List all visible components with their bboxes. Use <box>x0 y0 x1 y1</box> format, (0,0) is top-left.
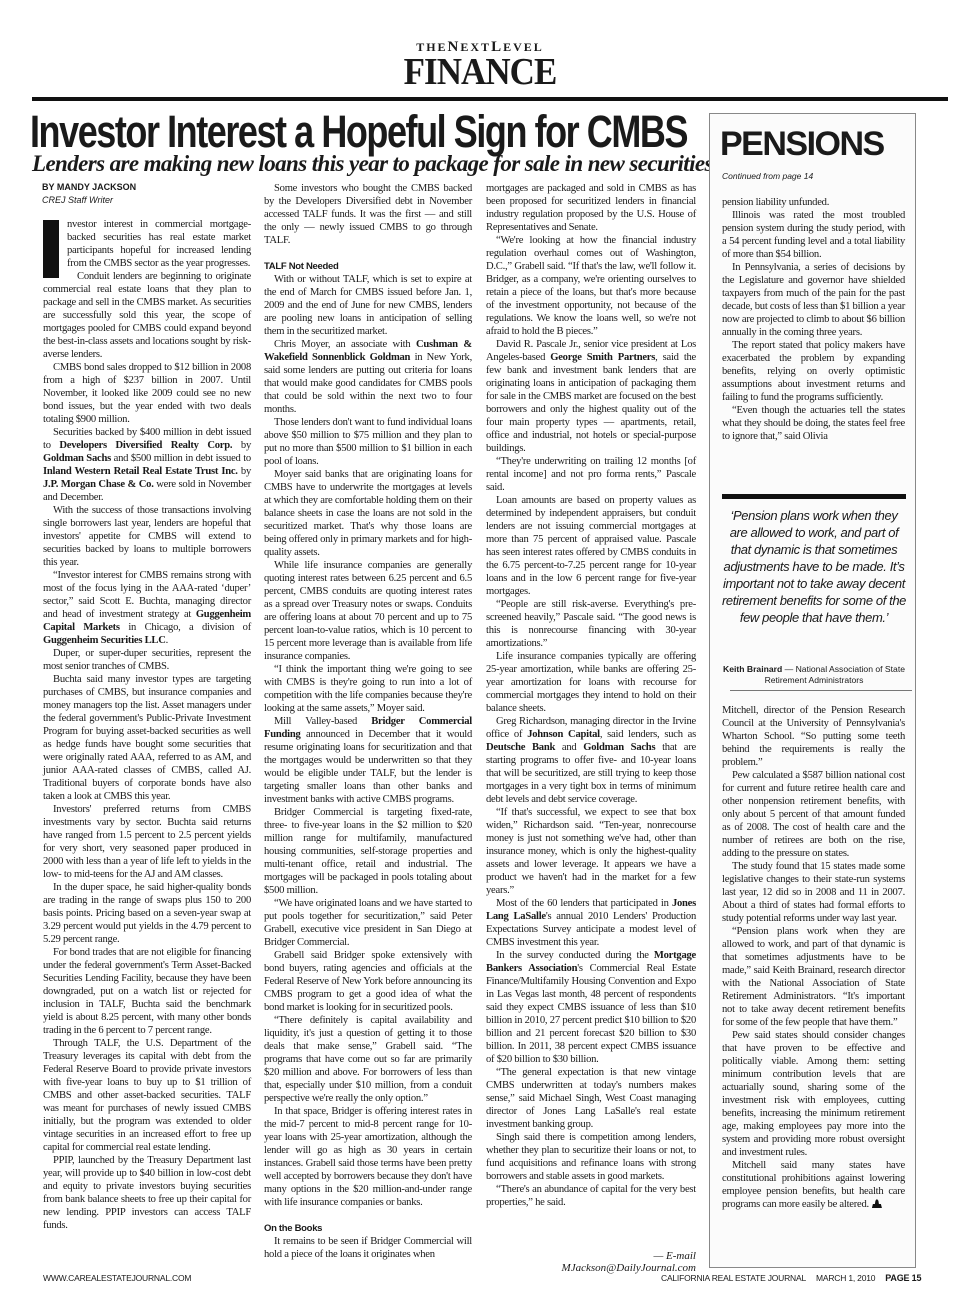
paragraph: Buchta said many investor types are targ… <box>43 673 251 803</box>
paragraph: Most of the 60 lenders that participated… <box>486 897 696 949</box>
paragraph: Chris Moyer, an associate with Cushman &… <box>264 338 472 416</box>
publication-name: CALIFORNIA REAL ESTATE JOURNAL <box>661 1273 806 1283</box>
paragraph: Through TALF, the U.S. Department of the… <box>43 1037 251 1154</box>
company-name: Johnson Capital <box>527 729 600 740</box>
company-name: Guggenheim Securities LLC <box>43 635 166 646</box>
company-name: Deutsche Bank <box>486 742 555 753</box>
paragraph: “If that's successful, we expect to see … <box>486 806 696 897</box>
paragraph: PPIP, launched by the Treasury Departmen… <box>43 1154 251 1232</box>
top-rule <box>32 97 948 101</box>
page-number: PAGE 15 <box>885 1273 921 1283</box>
paragraph: Mitchell, director of the Pension Resear… <box>722 704 905 769</box>
paragraph: Mill Valley-based Bridger Commercial Fun… <box>264 715 472 806</box>
paragraph: “There's an abundance of capital for the… <box>486 1183 696 1209</box>
paragraph: It remains to be seen if Bridger Commerc… <box>264 1235 472 1261</box>
pullquote: ‘Pension plans work when they are allowe… <box>722 507 906 626</box>
article-column-3: mortgages are packaged and sold in CMBS … <box>486 182 696 1209</box>
company-name: Developers Diversified Realty Corp. <box>59 440 232 451</box>
company-name: Goldman Sachs <box>43 453 111 464</box>
paragraph: David R. Pascale Jr., senior vice presid… <box>486 338 696 455</box>
company-name: J.P. Morgan Chase & Co. <box>43 479 154 490</box>
paragraph: “I think the important thing we're going… <box>264 663 472 715</box>
end-mark-icon <box>872 1199 882 1208</box>
footer-website: WWW.CAREALESTATEJOURNAL.COM <box>43 1273 191 1283</box>
paragraph: Mitchell said many states have constitut… <box>722 1159 905 1211</box>
paragraph: While life insurance companies are gener… <box>264 559 472 663</box>
paragraph: “Even though the actuaries tell the stat… <box>722 404 905 443</box>
paragraph: mortgages are packaged and sold in CMBS … <box>486 182 696 234</box>
article-column-1: nvestor interest in commercial mortgage-… <box>43 218 251 1232</box>
subhead-on-the-books: On the Books <box>264 1222 472 1235</box>
paragraph: The study found that 15 states made some… <box>722 860 905 925</box>
paragraph: “They're underwriting on trailing 12 mon… <box>486 455 696 494</box>
paragraph: Investors' preferred returns from CMBS i… <box>43 803 251 881</box>
paragraph: Moyer said banks that are originating lo… <box>264 468 472 559</box>
issue-date: MARCH 1, 2010 <box>816 1273 875 1283</box>
paragraph: pension liability unfunded. <box>722 196 905 209</box>
company-name: George Smith Partners <box>550 352 655 363</box>
paragraph: “We have originated loans and we have st… <box>264 897 472 949</box>
byline-role: CREJ Staff Writer <box>42 194 113 206</box>
paragraph: Securities backed by $400 million in deb… <box>43 426 251 504</box>
paragraph: Loan amounts are based on property value… <box>486 494 696 598</box>
article-column-2: Some investors who bought the CMBS backe… <box>264 182 472 1261</box>
article-deck: Lenders are making new loans this year t… <box>32 150 712 178</box>
paragraph: “Pension plans work when they are allowe… <box>722 925 905 1029</box>
byline: BY MANDY JACKSON <box>42 181 136 193</box>
paragraph: Grabell said Bridger spoke extensively w… <box>264 949 472 1014</box>
paragraph: Pew said states should consider changes … <box>722 1029 905 1159</box>
sidebar-title: PENSIONS <box>720 126 884 162</box>
paragraph: Illinois was rated the most troubled pen… <box>722 209 905 261</box>
paragraph: For bond trades that are not eligible fo… <box>43 946 251 1037</box>
paragraph: “Investor interest for CMBS remains stro… <box>43 569 251 647</box>
paragraph: Life insurance companies typically are o… <box>486 650 696 715</box>
paragraph: Greg Richardson, managing director in th… <box>486 715 696 806</box>
pensions-sidebar: PENSIONS Continued from page 14 pension … <box>709 113 916 1268</box>
pullquote-credit: Keith Brainard — National Association of… <box>722 664 906 686</box>
footer-folio: CALIFORNIA REAL ESTATE JOURNALMARCH 1, 2… <box>661 1273 921 1283</box>
paragraph: Bridger Commercial is targeting fixed-ra… <box>264 806 472 897</box>
paragraph: Some investors who bought the CMBS backe… <box>264 182 472 247</box>
paragraph: Singh said there is competition among le… <box>486 1131 696 1183</box>
paragraph: Pew calculated a $587 billion national c… <box>722 769 905 860</box>
paragraph: In that space, Bridger is offering inter… <box>264 1105 472 1209</box>
paragraph: In the duper space, he said higher-quali… <box>43 881 251 946</box>
author-email-signoff: — E-mail MJackson@DailyJournal.com <box>520 1250 696 1274</box>
paragraph: Those lenders don't want to fund individ… <box>264 416 472 468</box>
company-name: Inland Western Retail Real Estate Trust … <box>43 466 238 477</box>
subhead-talf-not-needed: TALF Not Needed <box>264 260 472 273</box>
sidebar-column-top: pension liability unfunded. Illinois was… <box>722 196 905 443</box>
paragraph: “We're looking at how the financial indu… <box>486 234 696 338</box>
pullquote-bottom-rule <box>730 690 912 691</box>
sidebar-column-bottom: Mitchell, director of the Pension Resear… <box>722 704 905 1211</box>
masthead: THENEXTLEVEL FINANCE <box>0 40 960 90</box>
paragraph: With or without TALF, which is set to ex… <box>264 273 472 338</box>
masthead-name: FINANCE <box>38 54 921 90</box>
paragraph: The report stated that policy makers hav… <box>722 339 905 404</box>
paragraph: In the survey conducted during the Mortg… <box>486 949 696 1066</box>
paragraph: “There definitely is capital availabilit… <box>264 1014 472 1105</box>
paragraph: “People are still risk-averse. Everythin… <box>486 598 696 650</box>
article-headline: Investor Interest a Hopeful Sign for CMB… <box>30 108 574 156</box>
paragraph: With the success of those transactions i… <box>43 504 251 569</box>
drop-cap-i <box>43 220 59 278</box>
paragraph: “The general expectation is that new vin… <box>486 1066 696 1131</box>
company-name: Goldman Sachs <box>583 742 655 753</box>
pullquote-top-rule <box>722 494 906 499</box>
paragraph: CMBS bond sales dropped to $12 billion i… <box>43 361 251 426</box>
paragraph: Conduit lenders are beginning to origina… <box>43 270 251 361</box>
paragraph: In Pennsylvania, a series of decisions b… <box>722 261 905 339</box>
continued-from-label: Continued from page 14 <box>722 171 813 181</box>
paragraph: nvestor interest in commercial mortgage-… <box>43 218 251 270</box>
paragraph: Duper, or super-duper securities, repres… <box>43 647 251 673</box>
